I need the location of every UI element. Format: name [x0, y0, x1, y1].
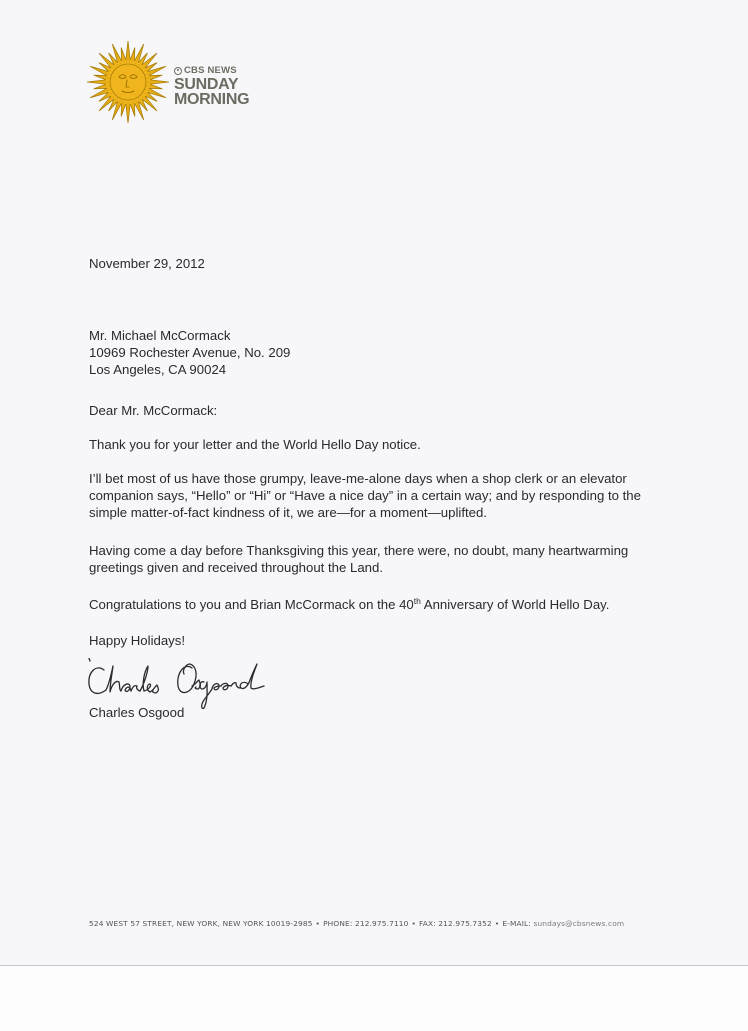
- sun-face-icon: [86, 40, 170, 124]
- letter-page: CBS NEWS SUNDAY MORNING November 29, 201…: [0, 0, 748, 966]
- footer-address: 524 WEST 57 STREET, NEW YORK, NEW YORK 1…: [89, 919, 313, 928]
- footer-separator: •: [316, 919, 321, 928]
- recipient-name: Mr. Michael McCormack: [89, 327, 290, 344]
- paragraph-grumpy-days: I’ll bet most of us have those grumpy, l…: [89, 470, 679, 521]
- cbs-sunday-morning-logo: CBS NEWS SUNDAY MORNING: [86, 40, 256, 124]
- recipient-city: Los Angeles, CA 90024: [89, 361, 290, 378]
- paragraph-congratulations: Congratulations to you and Brian McCorma…: [89, 596, 609, 613]
- footer-separator: •: [495, 919, 500, 928]
- footer-fax: 212.975.7352: [438, 919, 492, 928]
- recipient-street: 10969 Rochester Avenue, No. 209: [89, 344, 290, 361]
- cbs-eye-icon: [174, 67, 182, 75]
- footer-email-label: E-MAIL:: [502, 919, 531, 928]
- closing: Happy Holidays!: [89, 632, 185, 649]
- letter-date: November 29, 2012: [89, 255, 205, 272]
- paragraph-thanks: Thank you for your letter and the World …: [89, 436, 421, 453]
- brand-morning: MORNING: [174, 92, 249, 108]
- paragraph-thanksgiving: Having come a day before Thanksgiving th…: [89, 542, 679, 576]
- footer-fax-label: FAX:: [419, 919, 436, 928]
- footer-phone: 212.975.7110: [355, 919, 409, 928]
- letterhead-footer: 524 WEST 57 STREET, NEW YORK, NEW YORK 1…: [89, 919, 624, 928]
- recipient-address: Mr. Michael McCormack 10969 Rochester Av…: [89, 327, 290, 378]
- cbs-news-label: CBS NEWS: [174, 66, 249, 76]
- salutation: Dear Mr. McCormack:: [89, 402, 217, 419]
- scan-background: [0, 966, 748, 1031]
- footer-separator: •: [412, 919, 417, 928]
- brand-wordmark: CBS NEWS SUNDAY MORNING: [174, 66, 249, 108]
- signer-name: Charles Osgood: [89, 704, 184, 721]
- footer-phone-label: PHONE:: [323, 919, 352, 928]
- footer-email: sundays@cbsnews.com: [533, 919, 624, 928]
